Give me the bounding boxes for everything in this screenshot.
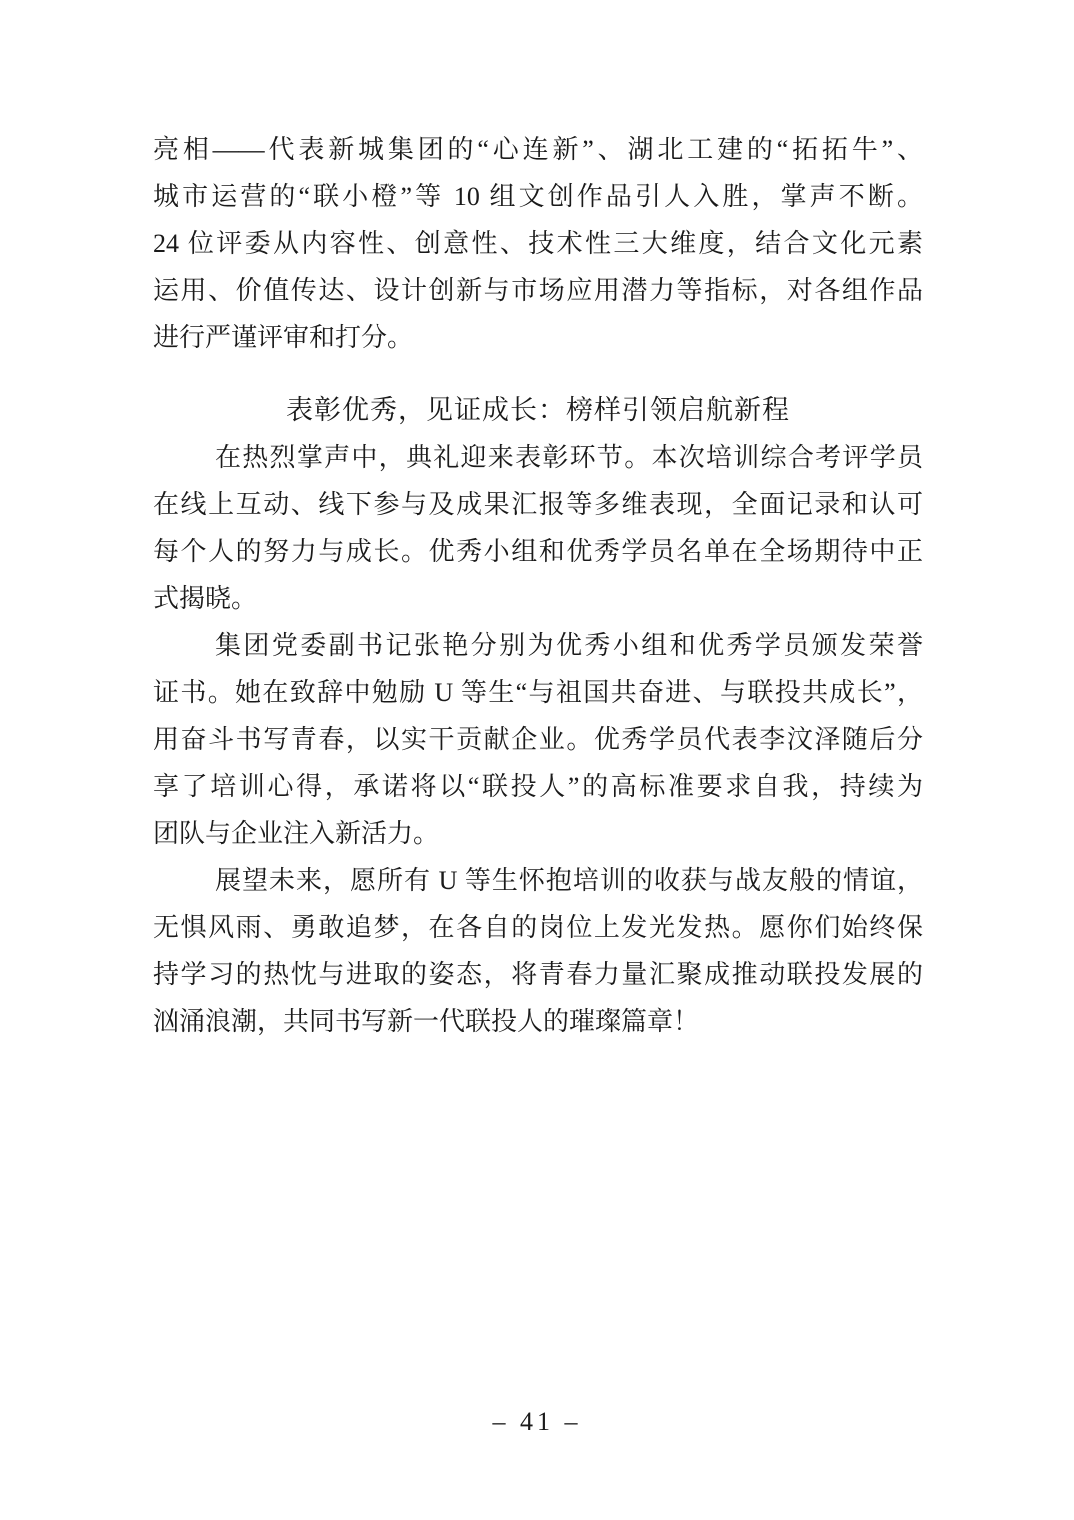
text-line: 亮相——代表新城集团的“心连新”、湖北工建的“拓拓牛”、	[153, 126, 923, 173]
text-line: 式揭晓。	[153, 575, 923, 622]
text-line: 24 位评委从内容性、创意性、技术性三大维度，结合文化元素	[153, 220, 923, 267]
text-line: 进行严谨评审和打分。	[153, 314, 923, 361]
paragraph: 在热烈掌声中，典礼迎来表彰环节。本次培训综合考评学员在线上互动、线下参与及成果汇…	[153, 434, 923, 622]
text-line: 享了培训心得，承诺将以“联投人”的高标准要求自我，持续为	[153, 763, 923, 810]
text-line: 展望未来，愿所有 U 等生怀抱培训的收获与战友般的情谊，	[153, 857, 923, 904]
text-line: 证书。她在致辞中勉励 U 等生“与祖国共奋进、与联投共成长”，	[153, 669, 923, 716]
text-line: 运用、价值传达、设计创新与市场应用潜力等指标，对各组作品	[153, 267, 923, 314]
text-line: 无惧风雨、勇敢追梦，在各自的岗位上发光发热。愿你们始终保	[153, 904, 923, 951]
document-body: 亮相——代表新城集团的“心连新”、湖北工建的“拓拓牛”、城市运营的“联小橙”等 …	[153, 126, 923, 1045]
text-line: 持学习的热忱与进取的姿态，将青春力量汇聚成推动联投发展的	[153, 951, 923, 998]
paragraph: 亮相——代表新城集团的“心连新”、湖北工建的“拓拓牛”、城市运营的“联小橙”等 …	[153, 126, 923, 361]
section-heading: 表彰优秀，见证成长：榜样引领启航新程	[153, 387, 923, 434]
paragraph: 展望未来，愿所有 U 等生怀抱培训的收获与战友般的情谊，无惧风雨、勇敢追梦，在各…	[153, 857, 923, 1045]
text-line: 汹涌浪潮，共同书写新一代联投人的璀璨篇章！	[153, 998, 923, 1045]
text-line: 在线上互动、线下参与及成果汇报等多维表现，全面记录和认可	[153, 481, 923, 528]
text-line: 每个人的努力与成长。优秀小组和优秀学员名单在全场期待中正	[153, 528, 923, 575]
text-line: 集团党委副书记张艳分别为优秀小组和优秀学员颁发荣誉	[153, 622, 923, 669]
document-page: 亮相——代表新城集团的“心连新”、湖北工建的“拓拓牛”、城市运营的“联小橙”等 …	[0, 0, 1074, 1520]
text-line: 在热烈掌声中，典礼迎来表彰环节。本次培训综合考评学员	[153, 434, 923, 481]
text-line: 用奋斗书写青春，以实干贡献企业。优秀学员代表李汶泽随后分	[153, 716, 923, 763]
text-line: 团队与企业注入新活力。	[153, 810, 923, 857]
text-line: 城市运营的“联小橙”等 10 组文创作品引人入胜，掌声不断。	[153, 173, 923, 220]
paragraph: 集团党委副书记张艳分别为优秀小组和优秀学员颁发荣誉证书。她在致辞中勉励 U 等生…	[153, 622, 923, 857]
page-number: – 41 –	[0, 1402, 1074, 1442]
